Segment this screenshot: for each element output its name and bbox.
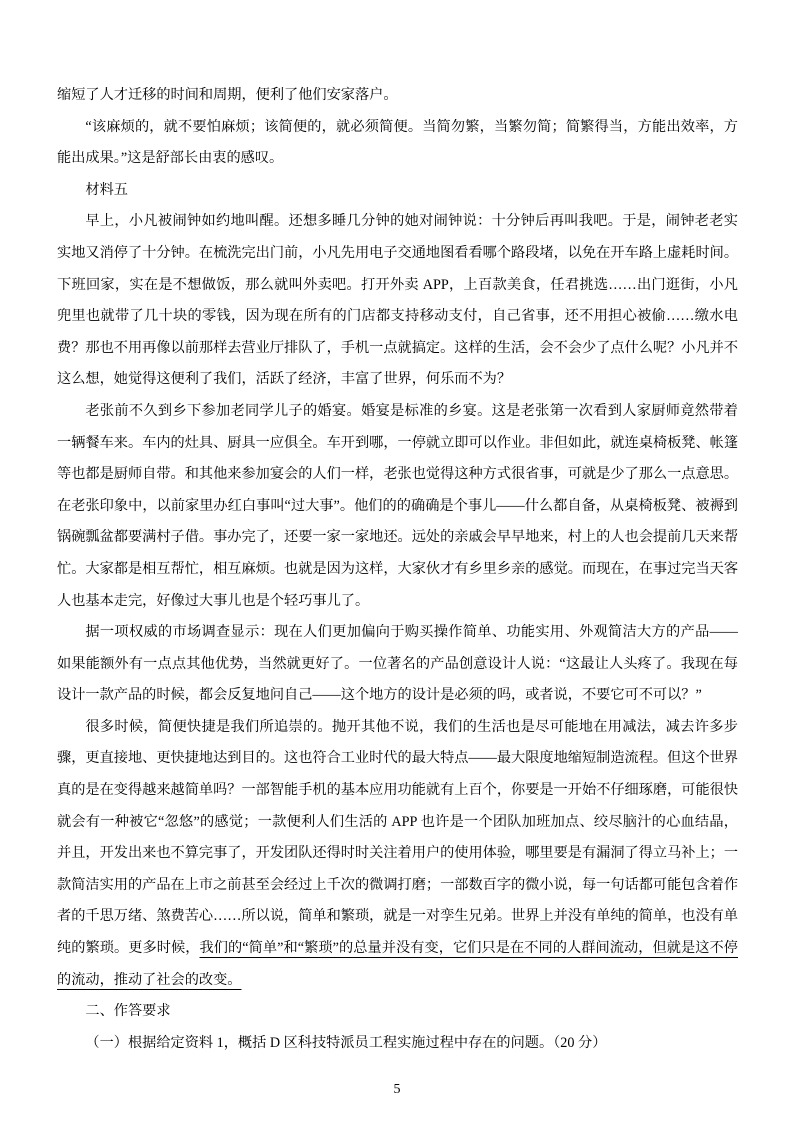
paragraph-continuation: 缩短了人才迁移的时间和周期，便利了他们安家落户。 bbox=[57, 80, 738, 112]
paragraph-minister-quote: “该麻烦的，就不要怕麻烦；该简便的，就必须简便。当简勿繁，当繁勿简；简繁得当，方… bbox=[57, 112, 738, 175]
heading-section-two: 二、作答要求 bbox=[57, 996, 738, 1028]
paragraph-xiaofan-story: 早上，小凡被闹钟如约地叫醒。还想多睡几分钟的她对闹钟说：十分钟后再叫我吧。于是，… bbox=[57, 206, 738, 396]
page-number: 5 bbox=[0, 1080, 794, 1100]
heading-material-five: 材料五 bbox=[57, 175, 738, 207]
simplicity-text-normal: 很多时候，简便快捷是我们所追崇的。抛开其他不说，我们的生活也是尽可能地在用减法，… bbox=[57, 719, 738, 956]
paragraph-laozhang-story: 老张前不久到乡下参加老同学儿子的婚宴。婚宴是标准的乡宴。这是老张第一次看到人家厨… bbox=[57, 396, 738, 617]
question-one: （一）根据给定资料 1，概括 D 区科技特派员工程实施过程中存在的问题。（20 … bbox=[57, 1028, 738, 1060]
document-page: 缩短了人才迁移的时间和周期，便利了他们安家落户。 “该麻烦的，就不要怕麻烦；该简… bbox=[0, 0, 794, 1122]
document-content: 缩短了人才迁移的时间和周期，便利了他们安家落户。 “该麻烦的，就不要怕麻烦；该简… bbox=[57, 80, 738, 1059]
paragraph-market-survey: 据一项权威的市场调查显示：现在人们更加偏向于购买操作简单、功能实用、外观简洁大方… bbox=[57, 617, 738, 712]
paragraph-simplicity-discussion: 很多时候，简便快捷是我们所追崇的。抛开其他不说，我们的生活也是尽可能地在用减法，… bbox=[57, 712, 738, 996]
